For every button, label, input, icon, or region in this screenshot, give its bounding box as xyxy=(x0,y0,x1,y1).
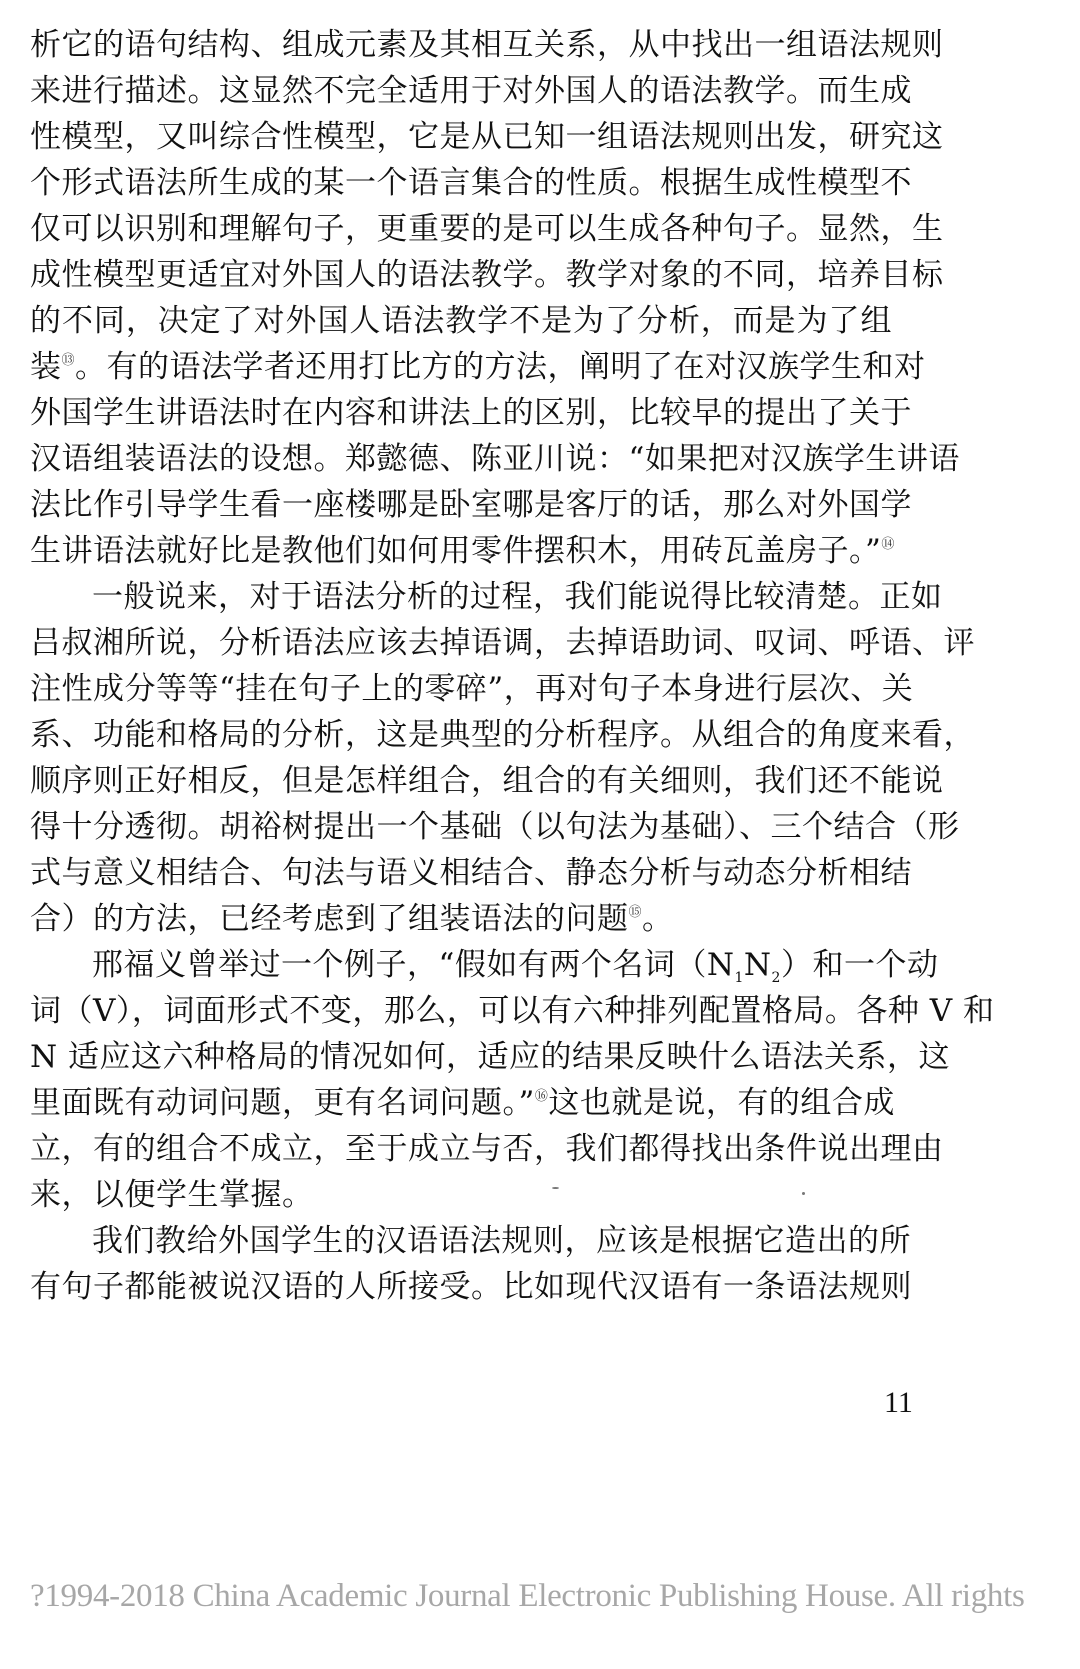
text-line: 得十分透彻。胡裕树提出一个基础（以句法为基础）、三个结合（形 xyxy=(30,804,892,850)
text-line: 生讲语法就好比是教他们如何用零件摆积木，用砖瓦盖房子。”⑭ xyxy=(30,528,892,574)
text-line: 的不同，决定了对外国人语法教学不是为了分析，而是为了组 xyxy=(30,298,892,344)
text-line: 汉语组装语法的设想。郑懿德、陈亚川说：“如果把对汉族学生讲语 xyxy=(30,436,892,482)
footnote-marker: ⑭ xyxy=(881,537,895,552)
text-line: 装⑬。有的语法学者还用打比方的方法，阐明了在对汉族学生和对 xyxy=(30,344,892,390)
text-line: 成性模型更适宜对外国人的语法教学。教学对象的不同，培养目标 xyxy=(30,252,892,298)
paragraph-first-line: 一般说来，对于语法分析的过程，我们能说得比较清楚。正如 xyxy=(30,574,892,620)
text-segment: 合）的方法，已经考虑到了组装语法的问题 xyxy=(30,901,629,937)
text-line: 式与意义相结合、句法与语义相结合、静态分析与动态分析相结 xyxy=(30,850,892,896)
text-segment: ）和一个动 xyxy=(781,947,939,983)
text-line: 仅可以识别和理解句子，更重要的是可以生成各种句子。显然，生 xyxy=(30,206,892,252)
footnote-marker: ⑬ xyxy=(62,353,76,368)
subscript: 2 xyxy=(772,970,781,986)
text-line: 注性成分等等“挂在句子上的零碎”，再对句子本身进行层次、关 xyxy=(30,666,892,712)
paragraph-first-line: 我们教给外国学生的汉语语法规则，应该是根据它造出的所 xyxy=(30,1218,892,1264)
scan-speck xyxy=(552,1187,559,1189)
text-segment: 里面既有动词问题，更有名词问题。” xyxy=(30,1085,535,1121)
text-line: 合）的方法，已经考虑到了组装语法的问题⑮。 xyxy=(30,896,892,942)
text-segment: N xyxy=(744,947,772,983)
text-line: 来进行描述。这显然不完全适用于对外国人的语法教学。而生成 xyxy=(30,68,892,114)
page-number: 11 xyxy=(884,1386,913,1420)
text-line: 立，有的组合不成立，至于成立与否，我们都得找出条件说出理由 xyxy=(30,1126,892,1172)
text-line: 有句子都能被说汉语的人所接受。比如现代汉语有一条语法规则 xyxy=(30,1264,892,1310)
text-line: 里面既有动词问题，更有名词问题。”⑯这也就是说，有的组合成 xyxy=(30,1080,892,1126)
text-segment: 装 xyxy=(30,349,62,385)
text-line: 系、功能和格局的分析，这是典型的分析程序。从组合的角度来看， xyxy=(30,712,892,758)
text-segment: 这也就是说，有的组合成 xyxy=(548,1085,895,1121)
paragraph-first-line: 邢福义曾举过一个例子，“假如有两个名词（N1N2）和一个动 xyxy=(30,942,892,988)
text-line: N 适应这六种格局的情况如何，适应的结果反映什么语法关系，这 xyxy=(30,1034,892,1080)
text-line: 个形式语法所生成的某一个语言集合的性质。根据生成性模型不 xyxy=(30,160,892,206)
text-line: 来，以便学生掌握。 xyxy=(30,1172,892,1218)
text-line: 顺序则正好相反，但是怎样组合，组合的有关细则，我们还不能说 xyxy=(30,758,892,804)
text-line: 外国学生讲语法时在内容和讲法上的区别，比较早的提出了关于 xyxy=(30,390,892,436)
text-segment: 生讲语法就好比是教他们如何用零件摆积木，用砖瓦盖房子。” xyxy=(30,533,881,569)
text-line: 析它的语句结构、组成元素及其相互关系，从中找出一组语法规则 xyxy=(30,22,892,68)
footnote-marker: ⑮ xyxy=(629,905,643,920)
text-line: 法比作引导学生看一座楼哪是卧室哪是客厅的话，那么对外国学 xyxy=(30,482,892,528)
footnote-marker: ⑯ xyxy=(535,1089,549,1104)
text-line: 吕叔湘所说，分析语法应该去掉语调，去掉语助词、叹词、呼语、评 xyxy=(30,620,892,666)
text-segment: 。 xyxy=(642,901,674,937)
copyright-footer: ?1994-2018 China Academic Journal Electr… xyxy=(30,1578,1025,1615)
scan-speck xyxy=(802,1192,805,1195)
text-segment: 。有的语法学者还用打比方的方法，阐明了在对汉族学生和对 xyxy=(75,349,926,385)
text-segment: 邢福义曾举过一个例子，“假如有两个名词（N xyxy=(92,947,734,983)
subscript: 1 xyxy=(734,970,743,986)
document-body: 析它的语句结构、组成元素及其相互关系，从中找出一组语法规则 来进行描述。这显然不… xyxy=(30,22,892,1310)
text-line: 词（V），词面形式不变，那么，可以有六种排列配置格局。各种 V 和 xyxy=(30,988,892,1034)
text-line: 性模型，又叫综合性模型，它是从已知一组语法规则出发，研究这 xyxy=(30,114,892,160)
